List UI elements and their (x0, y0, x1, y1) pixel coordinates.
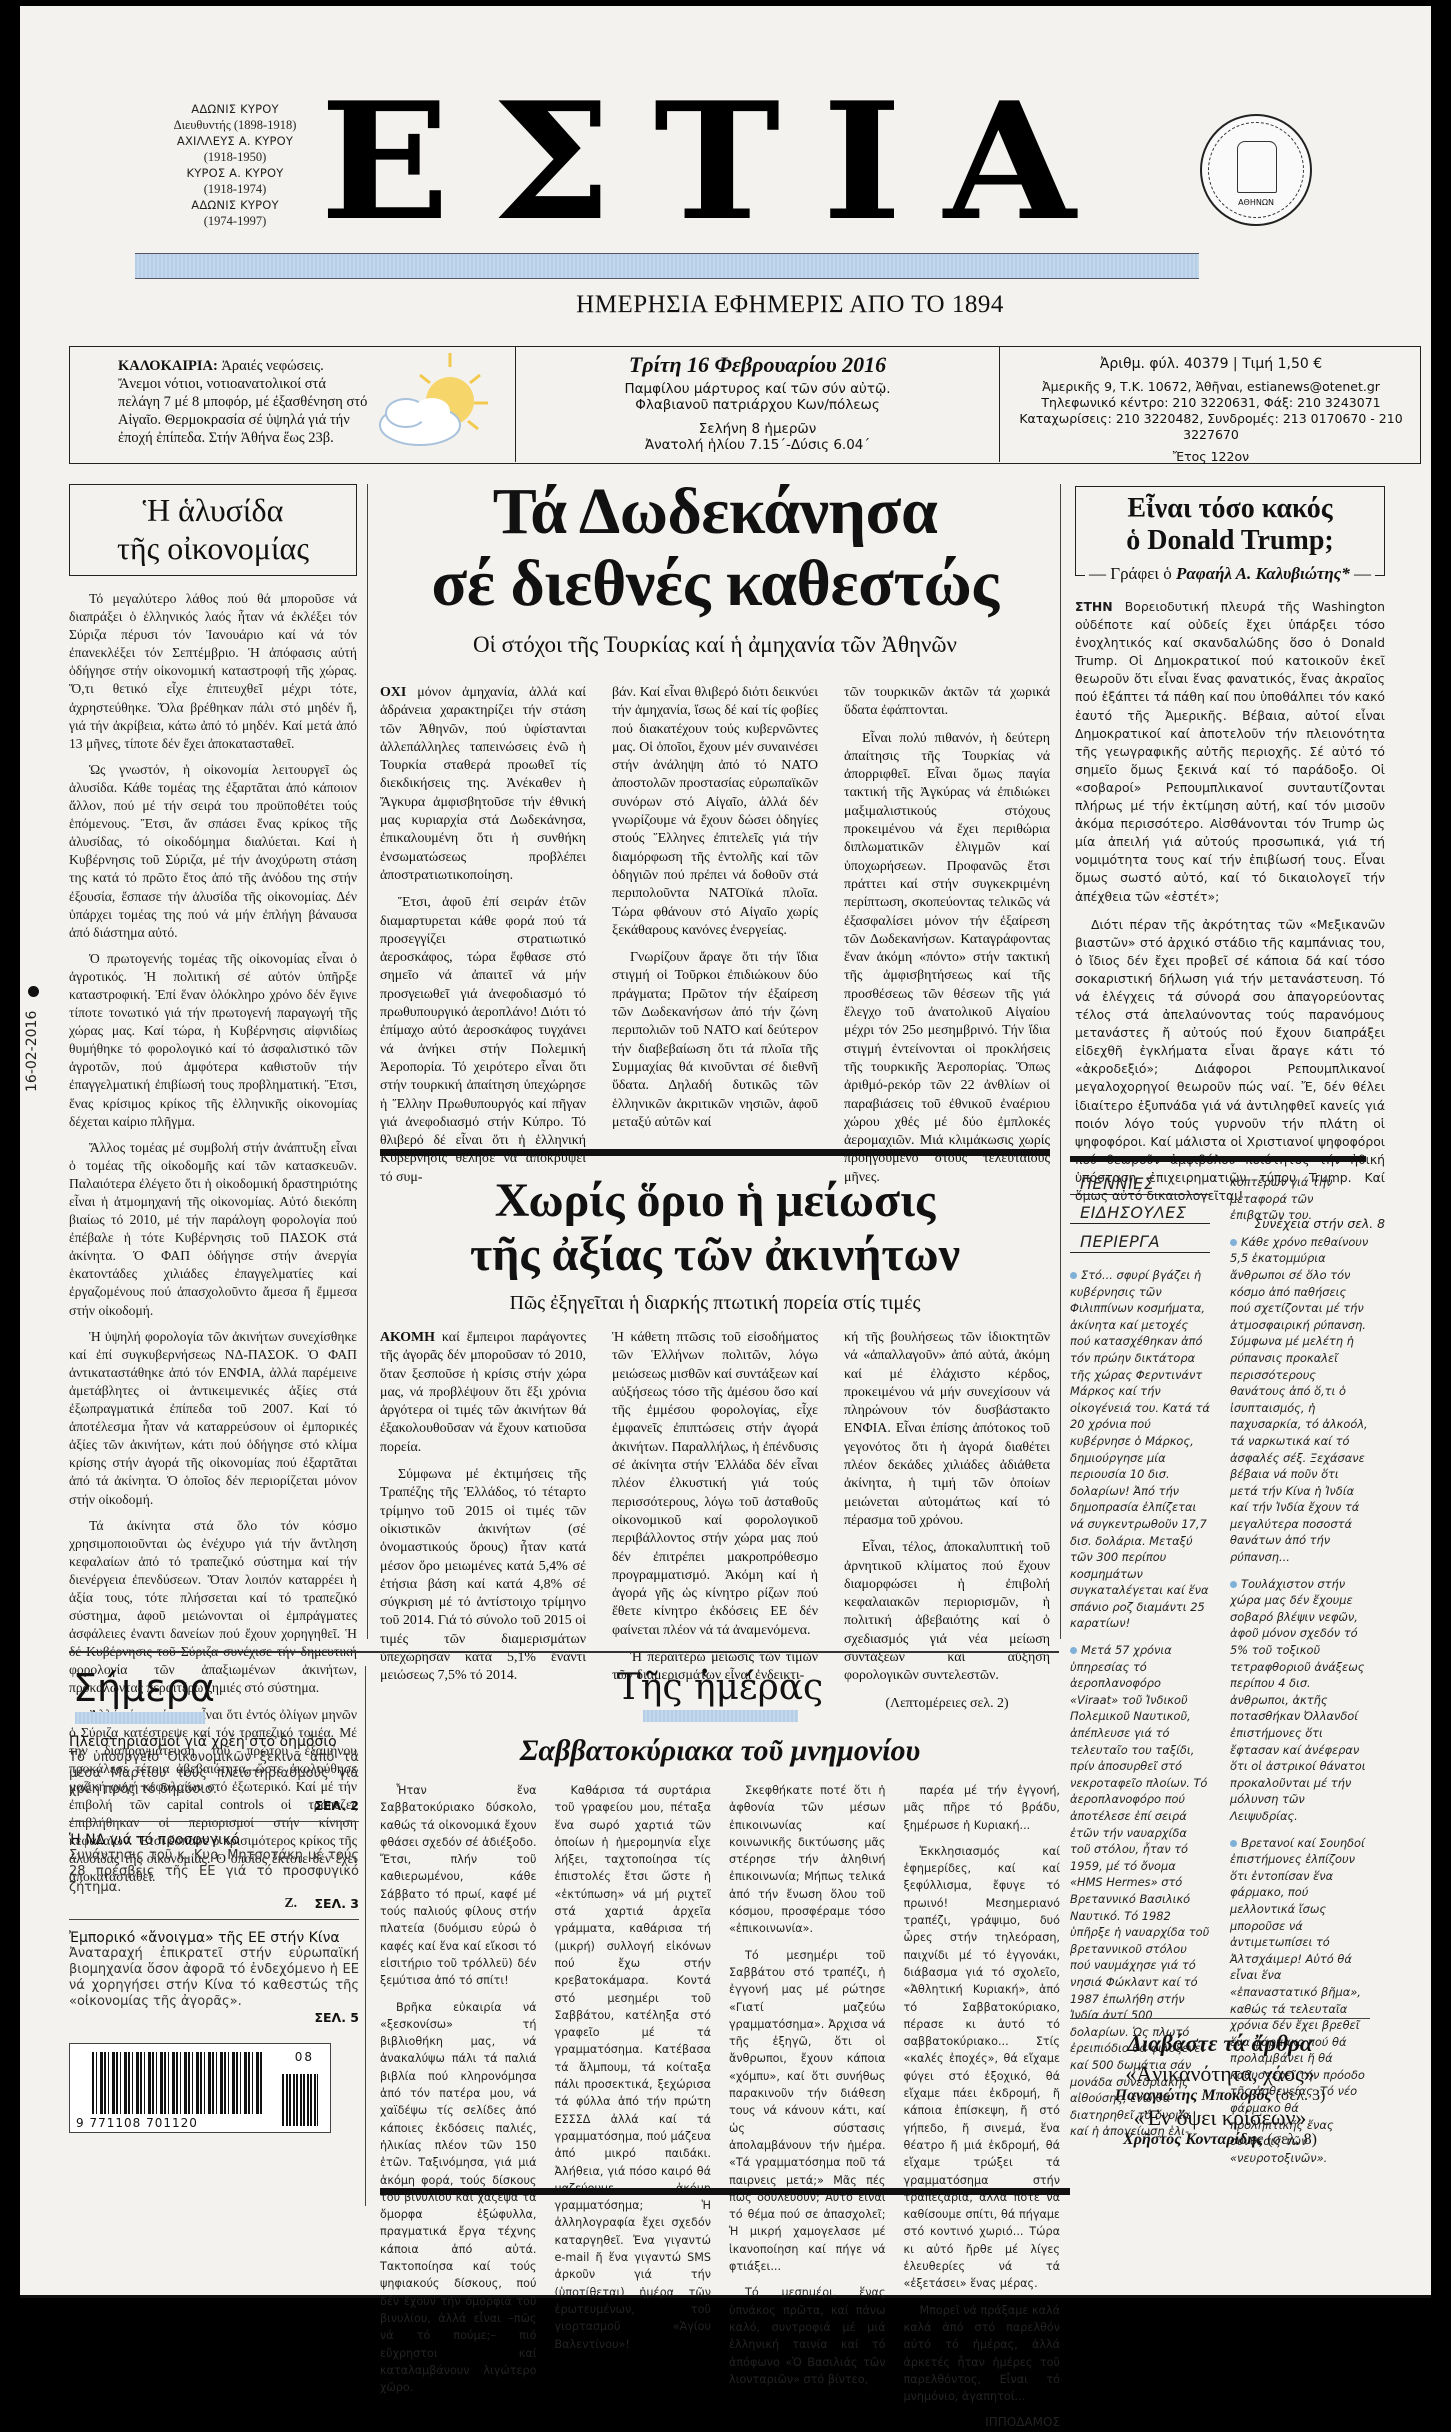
tis-imeras-blue-bar (643, 1710, 798, 1722)
article-page: (σελ. 3) (1276, 2087, 1326, 2104)
editorial-title-line-2: τῆς οἰκονομίας (70, 529, 356, 567)
today-item[interactable]: Ἡ ΝΔ γιά τό προσφυγικό Συνάντησις τοῦ κ.… (69, 1830, 359, 1920)
phone: Τηλεφωνικό κέντρο: 210 3220631, Φάξ: 210… (1002, 395, 1420, 411)
story2-headline-line-1: Χωρίς ὅριο ἡ μείωσις (380, 1174, 1050, 1228)
article-author-line: Χρῆστος Κονταρίδης (σελ. 8) (1070, 2131, 1370, 2149)
gossip-text: Τουλάχιστον στήν χώρα μας δέν ἔχουμε σοβ… (1230, 1577, 1366, 1823)
newspaper-front-page: ΑΔΩΝΙΣ ΚΥΡΟΥ Διευθυντής (1898-1918) ΑΧΙΛ… (20, 6, 1431, 2298)
founder-name: ΚΥΡΟΣ Α. ΚΥΡΟΥ (135, 165, 335, 181)
read-box-title: Διαβάστε τά ἄρθρα (1070, 2031, 1370, 2057)
founder-name: ΑΔΩΝΙΣ ΚΥΡΟΥ (135, 101, 335, 117)
story2-headline: Χωρίς ὅριο ἡ μείωσις τῆς ἀξίας τῶν ἀκινή… (380, 1174, 1050, 1282)
paragraph: Σκεφθήκατε ποτέ ὅτι ἡ ἀφθονία τῶν μέσων … (729, 1782, 886, 1938)
tis-column: Σκεφθήκατε ποτέ ὅτι ἡ ἀφθονία τῶν μέσων … (729, 1782, 886, 2298)
today-item-page: ΣΕΛ. 5 (69, 2010, 359, 2025)
story2-column: ΑΚΟΜΗ καί ἔμπειροι παράγοντες τῆς ἀγορᾶς… (380, 1329, 586, 1713)
bullet-icon (1230, 1239, 1237, 1246)
paragraph-text: μόνον ἀμηχανία, ἀλλά καί ἀδράνεια χαρακτ… (380, 685, 586, 883)
tis-imeras-headline: Σαββατοκύριακα τοῦ μνημονίου (380, 1734, 1060, 1768)
tis-imeras-title: Τῆς ἡμέρας (380, 1666, 1060, 1710)
founders-list: ΑΔΩΝΙΣ ΚΥΡΟΥ Διευθυντής (1898-1918) ΑΧΙΛ… (135, 101, 335, 229)
lead-column: τῶν τουρκικῶν ἀκτῶν τά χωρικά ὕδατα ἐφάπ… (844, 684, 1050, 1196)
paragraph: Ὡς γνωστόν, ἡ οἰκονομία λειτουργεῖ ὡς ἁλ… (69, 761, 357, 942)
gossip-text: Κάθε χρόνο πεθαίνουν 5,5 ἑκατομμύρια ἄνθ… (1230, 1235, 1368, 1564)
gossip-item: Τουλάχιστον στήν χώρα μας δέν ἔχουμε σοβ… (1230, 1576, 1370, 1825)
article-link-title[interactable]: «Ἀνικανότητα, χάος» (1070, 2061, 1370, 2087)
today-blue-bar (75, 1712, 205, 1724)
barcode-addon-bars-icon (282, 2074, 318, 2126)
opinion-title-line-1: Εἶναι τόσο κακός (1076, 493, 1384, 525)
paragraph-text: Βορειοδυτική πλευρά τῆς Washington οὐδέπ… (1075, 599, 1385, 904)
founder-years: (1974-1997) (135, 213, 335, 229)
lead-word: ΑΚΟΜΗ (380, 1330, 435, 1345)
paragraph: Τό μεγαλύτερο λάθος πού θά μποροῦσε νά δ… (69, 590, 357, 753)
weather-text: ΚΑΛΟΚΑΙΡΙΑ: Ἀραιές νεφώσεις. Ἄνεμοι νότι… (70, 347, 370, 462)
weather-label: ΚΑΛΟΚΑΙΡΙΑ: (118, 358, 218, 374)
gossip-heading-line: ΠΕΡΙΕΡΓΑ (1070, 1232, 1210, 1253)
editorial-title-line-1: Ἡ ἁλυσίδα (70, 491, 356, 529)
section-divider (69, 1651, 1059, 1653)
paragraph: Σύμφωνα μέ ἐκτιμήσεις τῆς Τραπέζης τῆς Ἑ… (380, 1466, 586, 1686)
lead-story: Τά Δωδεκάνησα σέ διεθνές καθεστώς Οἱ στό… (380, 476, 1050, 1196)
barcode-number: 9 771108 701120 (76, 2116, 198, 2130)
gossip-top-bar (1070, 1156, 1366, 1162)
founder-name: ΑΧΙΛΛΕΥΣ Α. ΚΥΡΟΥ (135, 133, 335, 149)
lead-headline-line-1: Τά Δωδεκάνησα (380, 476, 1050, 548)
today-item-body: Ἀναταραχή ἐπικρατεῖ στήν εὐρωπαϊκή βιομη… (69, 1946, 359, 2010)
paragraph: Ἄλλος τομέας μέ συμβολή στήν ἀνάπτυξη εἶ… (69, 1139, 357, 1320)
info-row: ΚΑΛΟΚΑΙΡΙΑ: Ἀραιές νεφώσεις. Ἄνεμοι νότι… (69, 346, 1421, 464)
masthead-blue-bar (135, 253, 1199, 279)
today-item-body: Συνάντησις τοῦ κ. Κυρ. Μητσοτάκη μέ τούς… (69, 1848, 359, 1896)
lead-column: βάν. Καί εἶναι θλιβερό διότι δεικνύει τή… (612, 684, 818, 1196)
paragraph: ΟΧΙ μόνον ἀμηχανία, ἀλλά καί ἀδράνεια χα… (380, 684, 586, 885)
paragraph: Καθάρισα τά συρτάρια τοῦ γραφείου μου, π… (555, 1782, 712, 2298)
read-articles-box: Διαβάστε τά ἄρθρα «Ἀνικανότητα, χάος» Πα… (1070, 2018, 1370, 2149)
bullet-icon (1230, 1840, 1237, 1847)
opinion-body: ΣΤΗΝ Βορειοδυτική πλευρά τῆς Washington … (1075, 598, 1385, 1233)
side-dot-icon (28, 986, 39, 997)
lead-subtitle: Οἱ στόχοι τῆς Τουρκίας καί ἡ ἀμηχανία τῶ… (380, 632, 1050, 658)
tis-imeras-column: Τῆς ἡμέρας Σαββατοκύριακα τοῦ μνημονίου … (380, 1666, 1060, 2298)
paragraph: Ἐκκλησιασμός καί ἐφημερίδες, καί καί ξεφ… (904, 1843, 1061, 2293)
editorial-title: Ἡ ἁλυσίδα τῆς οἰκονομίας (69, 484, 357, 576)
paragraph: Ἦταν ἕνα Σαββατοκύριακο δύσκολο, καθώς τ… (380, 1782, 537, 1990)
article-author: Χρῆστος Κονταρίδης (1123, 2131, 1263, 2148)
tagline: ΗΜΕΡΗΣΙΑ ΕΦΗΜΕΡΙΣ ΑΠΟ ΤΟ 1894 (135, 291, 1445, 319)
tis-column: παρέα μέ τήν ἐγγονή, μᾶς πῆρε τό βράδυ, … (904, 1782, 1061, 2298)
paragraph: Ἡ ὑψηλή φορολογία τῶν ἀκινήτων συνεχίσθη… (69, 1328, 357, 1509)
today-sidebar: Σήμερα Πλειστηριασμοί γιά χρέη στό δημόσ… (69, 1666, 359, 2133)
story2-headline-line-2: τῆς ἀξίας τῶν ἀκινήτων (380, 1228, 1050, 1282)
column-divider (365, 1666, 366, 2206)
opinion-byline: — Γράφει ὁ Ραφαήλ Α. Καλυβιώτης* — (1085, 564, 1375, 584)
paragraph: κή τῆς βουλήσεως τῶν ἰδιοκτητῶν νά «ἀπαλ… (844, 1329, 1050, 1530)
paragraph: Εἶναι, τέλος, ἀποκαλυπτική τοῦ ἀρνητικοῦ… (844, 1539, 1050, 1685)
gossip-item: κοπτέρων γιά τήν μεταφορά τῶν ἐπιβατῶν τ… (1230, 1174, 1370, 1224)
paragraph-text: καί ἔμπειροι παράγοντες τῆς ἀγορᾶς δέν μ… (380, 1330, 586, 1455)
real-estate-story: Χωρίς ὅριο ἡ μείωσις τῆς ἀξίας τῶν ἀκινή… (380, 1174, 1050, 1713)
saints-line-1: Παμφίλου μάρτυρος καί τῶν σύν αὐτῷ. (516, 381, 999, 397)
barcode-addon: 08 (295, 2050, 314, 2064)
barcode: 08 9 771108 701120 (69, 2043, 331, 2133)
gossip-heading-line: ΕΙΔΗΣΟΥΛΕΣ (1070, 1203, 1210, 1224)
founder-years: Διευθυντής (1898-1918) (135, 117, 335, 133)
bullet-icon (1070, 1272, 1077, 1279)
coin-text: ΑΘΗΝΩΝ (1209, 198, 1303, 207)
publication-year: Ἔτος 122ον (1002, 449, 1420, 465)
tis-column: Καθάρισα τά συρτάρια τοῦ γραφείου μου, π… (555, 1782, 712, 2298)
article-link-title[interactable]: «Ἐν ὄψει κρίσεων» (1070, 2105, 1370, 2131)
column-divider (367, 484, 368, 1639)
paragraph: ΣΤΗΝ Βορειοδυτική πλευρά τῆς Washington … (1075, 598, 1385, 906)
gossip-item: Στό... σφυρί βγάζει ἡ κυβέρνησις τῶν Φιλ… (1070, 1267, 1210, 1632)
paragraph: Βρῆκα εὐκαιρία νά «ξεσκονίσω» τή βιβλιοθ… (380, 1999, 537, 2298)
story2-body: ΑΚΟΜΗ καί ἔμπειροι παράγοντες τῆς ἀγορᾶς… (380, 1329, 1050, 1713)
byline-prefix: Γράφει ὁ (1110, 564, 1172, 583)
paragraph: Γνωρίζουν ἄραγε ὅτι τήν ἴδια στιγμή οἱ Τ… (612, 949, 818, 1132)
lead-word: ΣΤΗΝ (1075, 599, 1113, 614)
opinion-title-line-2: ὁ Donald Trump; (1076, 525, 1384, 557)
read-box-rule (1070, 2018, 1370, 2019)
sun-behind-cloud-icon (370, 353, 490, 453)
ads-subscriptions: Καταχωρίσεις: 210 3220482, Συνδρομές: 21… (1002, 411, 1420, 443)
paragraph: Εἶναι πολύ πιθανόν, ἡ δεύτερη ἀπαίτησις … (844, 730, 1050, 1187)
coin-emblem-icon: ΑΘΗΝΩΝ (1200, 114, 1312, 226)
gossip-heading: ΠΕΝΝΙΕΣ ΕΙΔΗΣΟΥΛΕΣ ΠΕΡΙΕΡΓΑ (1070, 1174, 1210, 1253)
side-date: 16-02-2016 (24, 1011, 40, 1092)
tis-imeras-body: Ἦταν ἕνα Σαββατοκύριακο δύσκολο, καθώς τ… (380, 1782, 1060, 2298)
paragraph: Ἡ κάθετη πτῶσις τοῦ εἰσοδήματος τῶν Ἑλλή… (612, 1329, 818, 1640)
paragraph: ΑΚΟΜΗ καί ἔμπειροι παράγοντες τῆς ἀγορᾶς… (380, 1329, 586, 1457)
lead-headline: Τά Δωδεκάνησα σέ διεθνές καθεστώς (380, 476, 1050, 620)
bullet-icon (1070, 1647, 1077, 1654)
paragraph: βάν. Καί εἶναι θλιβερό διότι δεικνύει τή… (612, 684, 818, 940)
opinion-article: Εἶναι τόσο κακός ὁ Donald Trump; — Γράφε… (1075, 486, 1385, 1233)
paragraph: Ὁ πρωτογενής τομέας τῆς οἰκονομίας εἶναι… (69, 950, 357, 1131)
story2-column: κή τῆς βουλήσεως τῶν ἰδιοκτητῶν νά «ἀπαλ… (844, 1329, 1050, 1713)
address: Ἀμερικῆς 9, Τ.Κ. 10672, Ἀθῆναι, estianew… (1002, 379, 1420, 395)
issue-number-price: Ἀριθμ. φύλ. 40379 | Τιμή 1,50 € (1002, 356, 1420, 372)
section-divider (380, 1149, 1050, 1156)
founder-years: (1918-1974) (135, 181, 335, 197)
today-title: Σήμερα (73, 1666, 359, 1710)
today-item-body: Τό ὑπουργεῖο Οἰκονομικῶν ξεκινᾶ ἀπό τά μ… (69, 1750, 359, 1798)
story2-subtitle: Πῶς ἐξηγεῖται ἡ διαρκής πτωτική πορεία σ… (380, 1292, 1050, 1315)
today-item-title: Πλειστηριασμοί γιά χρέη στό δημόσιο (69, 1734, 359, 1750)
paragraph: Τό μεσημέρι τοῦ Σαββάτου στό τραπέζι, ἡ … (729, 1947, 886, 2276)
article-page: (σελ. 8) (1267, 2131, 1317, 2148)
gossip-text: Στό... σφυρί βγάζει ἡ κυβέρνησις τῶν Φιλ… (1070, 1268, 1210, 1630)
today-item-page: ΣΕΛ. 3 (69, 1896, 359, 1911)
today-item-title: Ἡ ΝΔ γιά τό προσφυγικό (69, 1832, 359, 1848)
moon-phase: Σελήνη 8 ἡμερῶν (516, 421, 999, 437)
lead-column: ΟΧΙ μόνον ἀμηχανία, ἀλλά καί ἀδράνεια χα… (380, 684, 586, 1196)
today-item[interactable]: Ἐμπορικό «ἄνοιγμα» τῆς ΕΕ στήν Κίνα Ἀνατ… (69, 1928, 359, 2033)
founder-name: ΑΔΩΝΙΣ ΚΥΡΟΥ (135, 197, 335, 213)
opinion-title: Εἶναι τόσο κακός ὁ Donald Trump; (1075, 486, 1385, 576)
newspaper-logo: ΕΣΤΙΑ (320, 92, 1120, 233)
barcode-bars-icon (92, 2052, 262, 2114)
sunrise-sunset: Ἀνατολή ἡλίου 7.15΄-Δύσις 6.04΄ (516, 437, 999, 453)
issue-block: Ἀριθμ. φύλ. 40379 | Τιμή 1,50 € Ἀμερικῆς… (1002, 347, 1420, 465)
column-divider (1060, 484, 1061, 1639)
paragraph: τῶν τουρκικῶν ἀκτῶν τά χωρικά ὕδατα ἐφάπ… (844, 684, 1050, 721)
paragraph: Τό μεσημέρι, ἕνας ὑπνάκος πρῶτα, καί πάν… (729, 2284, 886, 2298)
today-item[interactable]: Πλειστηριασμοί γιά χρέη στό δημόσιο Τό ὑ… (69, 1732, 359, 1822)
saints-line-2: Φλαβιανοῦ πατριάρχου Κων/πόλεως (516, 397, 999, 413)
gossip-heading-line: ΠΕΝΝΙΕΣ (1070, 1174, 1210, 1195)
bullet-icon (1230, 1581, 1237, 1588)
story2-column: Ἡ κάθετη πτῶσις τοῦ εἰσοδήματος τῶν Ἑλλή… (612, 1329, 818, 1713)
today-item-page: ΣΕΛ. 2 (69, 1798, 359, 1813)
byline-author: Ραφαήλ Α. Καλυβιώτης* (1176, 564, 1350, 583)
tis-column: Ἦταν ἕνα Σαββατοκύριακο δύσκολο, καθώς τ… (380, 1782, 537, 2298)
lead-word: ΟΧΙ (380, 685, 406, 700)
date-block: Τρίτη 16 Φεβρουαρίου 2016 Παμφίλου μάρτυ… (515, 347, 1000, 462)
lead-body: ΟΧΙ μόνον ἀμηχανία, ἀλλά καί ἀδράνεια χα… (380, 684, 1050, 1196)
today-item-title: Ἐμπορικό «ἄνοιγμα» τῆς ΕΕ στήν Κίνα (69, 1930, 359, 1946)
paragraph: Ἔτσι, ἀφοῦ ἐπί σειράν ἐτῶν διαμαρτυρεται… (380, 894, 586, 1187)
article-author-line: Παναγιώτης Μποκοβός (σελ. 3) (1070, 2087, 1370, 2105)
bottom-divider (380, 2188, 1070, 2195)
lead-headline-line-2: σέ διεθνές καθεστώς (380, 548, 1050, 620)
paragraph: παρέα μέ τήν ἐγγονή, μᾶς πῆρε τό βράδυ, … (904, 1782, 1061, 1834)
gossip-item: Κάθε χρόνο πεθαίνουν 5,5 ἑκατομμύρια ἄνθ… (1230, 1234, 1370, 1566)
founder-years: (1918-1950) (135, 149, 335, 165)
issue-date: Τρίτη 16 Φεβρουαρίου 2016 (516, 357, 999, 373)
article-author: Παναγιώτης Μποκοβός (1115, 2087, 1272, 2104)
